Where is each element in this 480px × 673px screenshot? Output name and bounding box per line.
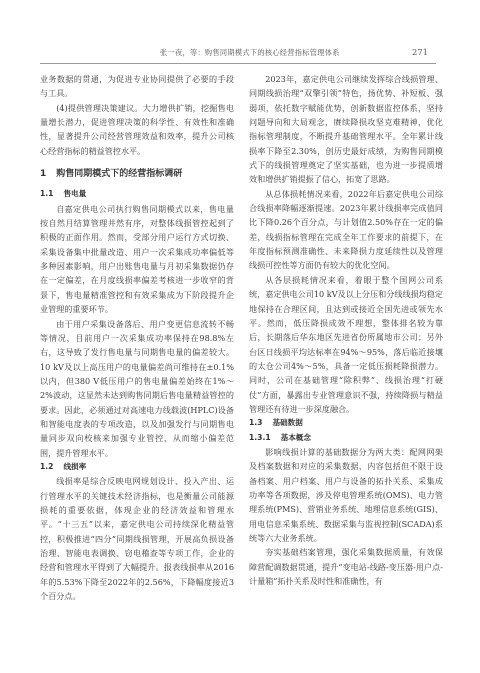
running-title: 张一夜，等：购售同期模式下的核心经营指标管理体系	[160, 48, 340, 58]
paragraph: 从总体损耗情况来看，2022年后嘉定供电公司综合线损率降幅逐渐提速。2023年累…	[249, 187, 443, 273]
right-column: 2023年，嘉定供电公司继续发挥综合线损管理、同期线损治理“双擎引领”特色，扬优…	[249, 72, 443, 588]
paragraph: 线损率是综合反映电网规划设计、投入产出、运行管理水平的关键技术经济指标，也是衡量…	[40, 474, 234, 603]
page-header: 张一夜，等：购售同期模式下的核心经营指标管理体系 271	[40, 44, 436, 64]
page-number: 271	[412, 47, 428, 57]
section-heading-1-1: 1.1售电量	[40, 187, 234, 201]
paragraph: 夯实基础档案管理，强化采集数据质量，有效保障营配调数据贯通，提升“变电站-线路-…	[249, 545, 443, 588]
paragraph: 影响线损计算的基础数据分为两大类：配网网架及档案数据和对应的采集数据，内容包括但…	[249, 445, 443, 545]
section-heading-1-2: 1.2线损率	[40, 460, 234, 474]
left-column: 业务数据的贯通，为促进专业协同提供了必要的手段与工具。 (4)提供管理决策建议。…	[40, 72, 234, 603]
paragraph: 业务数据的贯通，为促进专业协同提供了必要的手段与工具。	[40, 72, 234, 101]
paragraph: 从各层损耗情况来看，着眼于整个国网公司系统，嘉定供电公司10 kV及以上分压和分…	[249, 273, 443, 416]
section-heading-1-3-1: 1.3.1基本概念	[249, 431, 443, 445]
paragraph: 由于用户采集设备落后、用户变更信息流转不畅等情况，目前用户一次采集成功率保持在9…	[40, 317, 234, 460]
paragraph: 自嘉定供电公司执行购售同期模式以来，售电量按自然月结算管理井然有序，对整体线损管…	[40, 202, 234, 317]
paragraph: 2023年，嘉定供电公司继续发挥综合线损管理、同期线损治理“双擎引领”特色，扬优…	[249, 72, 443, 187]
paragraph: (4)提供管理决策建议。大力增供扩销，挖掘售电量增长潜力，促进管理决策的科学性、…	[40, 101, 234, 158]
section-heading-1: 1购售同期模式下的经营指标调研	[40, 167, 234, 181]
header-rule	[40, 63, 436, 64]
section-heading-1-3: 1.3基础数据	[249, 416, 443, 430]
